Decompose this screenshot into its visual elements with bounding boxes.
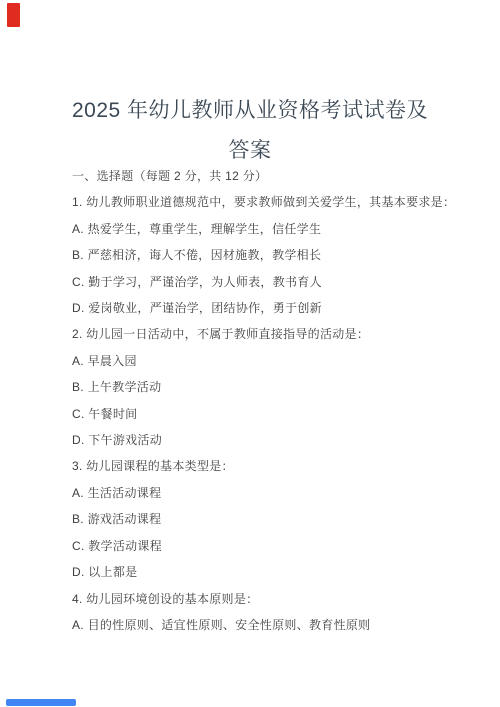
section-heading: 一、选择题（每题 2 分，共 12 分）	[72, 163, 472, 189]
question-1-option-c: C. 勤于学习，严谨治学，为人师表，教书育人	[72, 269, 472, 295]
exam-body: 一、选择题（每题 2 分，共 12 分） 1. 幼儿教师职业道德规范中，要求教师…	[72, 163, 472, 638]
question-1-option-d: D. 爱岗敬业，严谨治学，团结协作，勇于创新	[72, 295, 472, 321]
question-2-option-b: B. 上午教学活动	[72, 374, 472, 400]
question-3-option-a: A. 生活活动课程	[72, 480, 472, 506]
document-page: 2025 年幼儿教师从业资格考试试卷及 答案 一、选择题（每题 2 分，共 12…	[0, 0, 500, 707]
question-3-stem: 3. 幼儿园课程的基本类型是：	[72, 453, 472, 479]
question-2-stem: 2. 幼儿园一日活动中，不属于教师直接指导的活动是：	[72, 321, 472, 347]
question-1-stem: 1. 幼儿教师职业道德规范中，要求教师做到关爱学生，其基本要求是：	[72, 189, 472, 215]
question-1-option-a: A. 热爱学生，尊重学生，理解学生，信任学生	[72, 216, 472, 242]
question-3-option-c: C. 教学活动课程	[72, 533, 472, 559]
question-2-option-a: A. 早晨入园	[72, 348, 472, 374]
question-3-option-d: D. 以上都是	[72, 559, 472, 585]
bookmark-icon	[7, 3, 20, 27]
question-2-option-d: D. 下午游戏活动	[72, 427, 472, 453]
question-4-option-a: A. 目的性原则、适宜性原则、安全性原则、教育性原则	[72, 612, 472, 638]
question-3-option-b: B. 游戏活动课程	[72, 506, 472, 532]
question-4-stem: 4. 幼儿园环境创设的基本原则是：	[72, 586, 472, 612]
bottom-progress-bar	[6, 699, 76, 706]
question-2-option-c: C. 午餐时间	[72, 401, 472, 427]
question-1-option-b: B. 严慈相济，诲人不倦，因材施教，教学相长	[72, 242, 472, 268]
document-title-line1: 2025 年幼儿教师从业资格考试试卷及	[20, 91, 480, 131]
document-title: 2025 年幼儿教师从业资格考试试卷及 答案	[20, 91, 480, 171]
